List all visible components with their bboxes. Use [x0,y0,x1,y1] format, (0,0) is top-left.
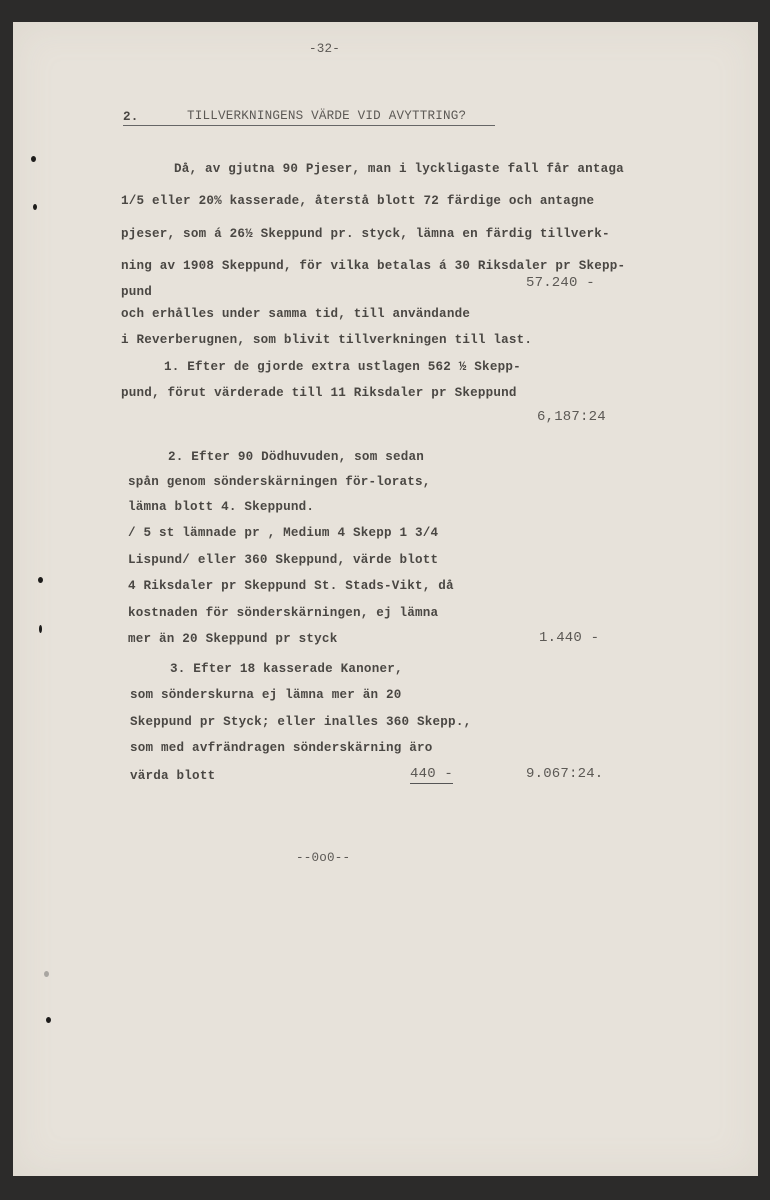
punch-hole-mark [46,1017,51,1023]
intro-line-5: pund [121,285,152,299]
item3-line-3: Skeppund pr Styck; eller inalles 360 Ske… [130,715,471,729]
item1-line-1: 1. Efter de gjorde extra ustlagen 562 ½ … [164,360,521,374]
item2-line-5: Lispund/ eller 360 Skeppund, värde blott [128,553,438,567]
item2-line-6: 4 Riksdaler pr Skeppund St. Stads-Vikt, … [128,579,454,593]
section-heading: TILLVERKNINGENS VÄRDE VID AVYTTRING? [187,109,466,123]
loss-line-1: och erhålles under samma tid, till använ… [121,307,470,321]
item2-line-4: / 5 st lämnade pr , Medium 4 Skepp 1 3/4 [128,526,438,540]
item1-amount: 6,187:24 [537,409,606,425]
punch-hole-mark [38,577,43,583]
item3-amount: 440 - [410,766,453,782]
loss-line-2: i Reverberugnen, som blivit tillverkning… [121,333,532,347]
item2-line-7: kostnaden för sönderskärningen, ej lämna [128,606,438,620]
item3-line-1: 3. Efter 18 kasserade Kanoner, [170,662,403,676]
intro-amount: 57.240 - [526,275,595,291]
end-mark: --0o0-- [296,851,350,865]
punch-hole-mark [31,156,36,162]
intro-line-2: 1/5 eller 20% kasserade, återstå blott 7… [121,194,594,208]
intro-line-3: pjeser, som á 26½ Skeppund pr. styck, lä… [121,227,610,241]
item2-amount: 1.440 - [539,630,599,646]
item2-line-8: mer än 20 Skeppund pr styck [128,632,337,646]
punch-hole-mark [33,204,37,210]
item3-line-5: värda blott [130,769,215,783]
item1-line-2: pund, förut värderade till 11 Riksdaler … [121,386,517,400]
item2-line-2: spån genom sönderskärningen för-lorats, [128,475,431,489]
document-page: -32- 2. TILLVERKNINGENS VÄRDE VID AVYTTR… [13,22,758,1176]
section-number: 2. [123,110,139,124]
grand-total: 9.067:24. [526,766,603,782]
intro-line-1: Då, av gjutna 90 Pjeser, man i lyckligas… [174,162,624,176]
intro-line-4: ning av 1908 Skeppund, för vilka betalas… [121,259,625,273]
page-number: -32- [309,42,340,56]
item2-line-3: lämna blott 4. Skeppund. [128,500,314,514]
item2-line-1: 2. Efter 90 Dödhuvuden, som sedan [168,450,424,464]
punch-hole-mark [39,625,42,633]
punch-hole-mark [44,971,49,977]
heading-underline [123,125,495,126]
item3-line-4: som med avfrändragen sönderskärning äro [130,741,433,755]
item3-line-2: som sönderskurna ej lämna mer än 20 [130,688,402,702]
